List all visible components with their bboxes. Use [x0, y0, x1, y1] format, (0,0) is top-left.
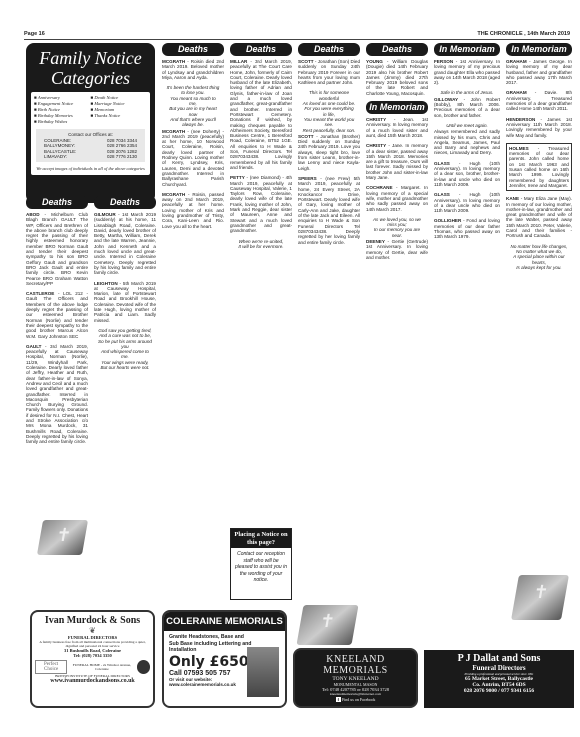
section-header-deaths: Deaths: [94, 196, 156, 209]
ad-website-link[interactable]: www.ivanmurdockandsons.co.uk: [35, 678, 150, 684]
category-item: Thanks Notice: [91, 113, 148, 119]
headstone-icon: [247, 647, 279, 697]
notice-entry: CASTLEROE - LOL 212 - Gault The Officers…: [26, 291, 88, 339]
section-header-in-memoriam: In Memoriam: [506, 43, 572, 56]
category-item: Birthday Wishes: [34, 119, 91, 125]
column-deaths-4: Deaths MILLAR - 3rd March 2019, peaceful…: [230, 43, 292, 523]
notice-entry: MCGRATH - Roisin, passed away on 2nd Mar…: [162, 192, 224, 229]
page-header: Page 16 THE CHRONICLE , 14th March 2019: [24, 26, 570, 40]
notice-entry: GILMOUR - 1st March 2019 (suddenly) at h…: [94, 212, 156, 276]
notice-entry: SPEERS - (nee Frew) 5th March 2019, peac…: [298, 176, 360, 245]
coleraine-memorials-ad: COLERAINE MEMORIALS Granite Headstones, …: [162, 610, 287, 708]
poem: Until we meet again.: [438, 123, 496, 128]
notice-entry: GRAHAM - Davie. 8th Anniversary. Treasur…: [506, 90, 572, 111]
ad-email[interactable]: kneelandmemorials@btinternet.com: [299, 692, 412, 696]
ad-title: P J Dallat and Sons: [427, 653, 571, 664]
section-header-in-memoriam: In Memoriam: [434, 43, 500, 56]
poem: When we're re-united,It will be for ever…: [234, 239, 288, 250]
notice-entry: GOLLIGHER - Fond and loving memories of …: [434, 218, 500, 239]
placing-notice-title: Placing a Notice on this page?: [231, 529, 291, 548]
notice-entry: LEIGHTON - 5th March 2019 at Causeway Ho…: [94, 281, 156, 323]
column-memoriam-7: In Memoriam FERSON - 1st Anniversary. In…: [434, 43, 500, 638]
notice-entry: YOUNG - William Douglas (Dougie) died 14…: [366, 59, 428, 96]
kneeland-memorials-ad: KNEELAND MEMORIALS TONY KNEELAND MONUMEN…: [293, 648, 418, 708]
section-header-deaths: Deaths: [366, 43, 428, 56]
column-memoriam-8: In Memoriam GRAHAM - James George. In lo…: [506, 43, 572, 563]
poem: No matter how life changes,No matter wha…: [510, 244, 568, 270]
family-box-title-1: Family Notice: [31, 48, 150, 68]
pj-dallat-ad: P J Dallat and Sons Funeral Directors Pr…: [424, 650, 574, 708]
poem: Safe in the arms of Jesus.: [438, 90, 496, 95]
placing-notice-body: Contact our reception staff who will be …: [231, 548, 291, 587]
notice-entry: GILLOWAY - John Robert (Bobby), 8th Marc…: [434, 97, 500, 118]
section-header-in-memoriam: In Memoriam: [366, 101, 428, 114]
notice-entry: GLASS - Hugh (10th Anniversary). In lovi…: [434, 161, 500, 187]
ad-title: COLERAINE MEMORIALS: [164, 612, 285, 631]
poem: It's been the hardest thing to lose you.…: [166, 85, 220, 127]
ad-telephone: Tel: (028) 7034 3350: [35, 653, 150, 658]
notice-entry: SCOTT - Jonathan (Son) Died suddenly on …: [298, 59, 360, 85]
column-deaths-1: Deaths ABOD - Michelburn Club Blagh Bran…: [26, 196, 88, 556]
poem: As we loved you, so we miss you;In our m…: [370, 217, 424, 238]
section-header-deaths: Deaths: [26, 196, 88, 209]
column-deaths-memoriam-6: Deaths YOUNG - William Douglas (Dougie) …: [366, 43, 428, 598]
notice-entry: MCGRATH - (nee Doherty) - 2nd March 2019…: [162, 129, 224, 187]
notice-entry: PETTY - (nee Diamond) - 4th March 2019, …: [230, 175, 292, 233]
column-deaths-2: Deaths GILMOUR - 1st March 2019 (suddenl…: [94, 196, 156, 586]
family-notice-categories-box: Family Notice Categories Anniversary Dea…: [26, 43, 155, 203]
perfect-choice-logo: Perfect Choice: [35, 660, 67, 674]
section-header-deaths: Deaths: [230, 43, 292, 56]
notice-entry: GRAHAM - James George. In loving memory …: [506, 59, 572, 85]
placing-notice-box: Placing a Notice on this page? Contact o…: [230, 528, 292, 600]
office-name: LIMAVADY:: [44, 154, 67, 159]
notice-entry: Always remembered and sadly missed by hi…: [434, 129, 500, 155]
column-deaths-3: Deaths MCGRATH - Roisin died 2nd March 2…: [162, 43, 224, 603]
ad-title: KNEELAND MEMORIALS: [299, 654, 412, 676]
notice-entry: SCOTT - Jonathan (Brother) Died suddenly…: [298, 134, 360, 171]
ad-subtitle: Funeral Directors: [427, 664, 571, 672]
masthead-date: THE CHRONICLE , 14th March 2019: [477, 31, 570, 37]
funeral-home-address: FUNERAL HOME - 2a Windsor Avenue, Colera…: [67, 663, 136, 671]
notice-entry: MCGRATH - Roisin died 2nd March 2019. Be…: [162, 59, 224, 80]
ad-phones: 028 2076 9000 / 077 9341 6156: [427, 688, 571, 694]
notice-entry: ABOD - Michelburn Club Blagh Branch GAUL…: [26, 212, 88, 286]
notice-entry: DEENEY - Gertie (Gertrude) 1st Anniversa…: [366, 239, 428, 260]
section-header-deaths: Deaths: [162, 43, 224, 56]
bible-icon: [37, 520, 88, 555]
notice-entry: KANE - Mary Eliza Jane (May). In memory …: [506, 196, 572, 238]
category-list: Anniversary Death Notice Engagement Noti…: [34, 95, 147, 125]
notice-entry: GLASS - Hugh (10th Anniversary). In lovi…: [434, 192, 500, 213]
column-deaths-5: Deaths SCOTT - Jonathan (Son) Died sudde…: [298, 43, 360, 573]
poem: This is for someone wonderfulAs loved as…: [302, 90, 356, 132]
office-row: LIMAVADY:028 7776 2130: [44, 154, 137, 159]
contact-offices: Contact our Offices at: COLERAINE:028 70…: [36, 129, 145, 162]
notice-entry: COCHRANE - Margaret. In loving memory of…: [366, 185, 428, 211]
accept-images-note: We accept images of individuals in all o…: [34, 166, 147, 172]
ivan-murdock-ad: Ivan Murdock & Sons ❦ FUNERAL DIRECTORS …: [30, 610, 155, 708]
ad-business-name: Ivan Murdock & Sons: [35, 615, 150, 626]
ad-description: A family business free from all multinat…: [35, 640, 150, 648]
notice-entry: GAULT - 3rd March 2019, peacefully at Ca…: [26, 344, 88, 445]
family-box-title-2: Categories: [31, 68, 150, 88]
section-header-deaths: Deaths: [298, 43, 360, 56]
bible-icon: [296, 605, 358, 645]
ad-product-line: Granite Headstones, Base and Sub Base in…: [169, 634, 254, 654]
office-phone: 028 7776 2130: [107, 154, 137, 159]
bible-icon: [511, 575, 569, 620]
notice-entry: MILLAR - 3rd March 2019, peacefully at T…: [230, 59, 292, 170]
notice-entry: CHRISTY - Jane. In memory of a dear sist…: [366, 143, 428, 180]
facebook-icon: f: [336, 697, 341, 702]
notice-entry: FERSON - 1st Anniversary. In loving memo…: [434, 59, 500, 85]
page-number: Page 16: [24, 31, 45, 37]
contact-title: Contact our Offices at:: [44, 132, 137, 137]
notice-entry: HENDERSON - James 1st Anniversary 11th M…: [506, 117, 572, 138]
ornament-icon: ❦: [35, 626, 150, 635]
notice-entry-boxed: HOLMES - Treasured memories of our dear …: [506, 143, 572, 191]
poem: God saw you getting tired,And a cure was…: [98, 328, 152, 370]
facebook-badge[interactable]: f Find us on Facebook: [299, 697, 412, 702]
notice-entry: CHRISTY - Jean. 1st Anniversary. In lovi…: [366, 117, 428, 138]
crest-icon: [137, 660, 150, 674]
